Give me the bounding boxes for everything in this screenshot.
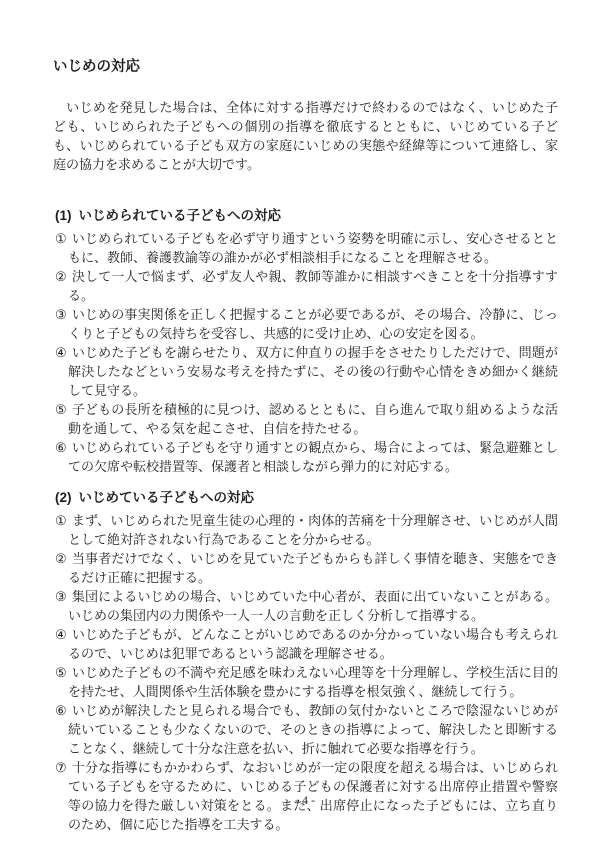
item-marker: ③ [55, 307, 67, 322]
item-marker: ④ [55, 627, 67, 642]
list-item: ①いじめられている子どもを必ず守り通すという姿勢を明確に示し、安心させるとともに… [55, 229, 558, 267]
item-marker: ⑥ [55, 440, 67, 455]
list-item: ②当事者だけでなく、いじめを見ていた子どもからも詳しく事情を聴き、実態をできるだ… [55, 549, 558, 587]
page-number: - 4 - [0, 792, 610, 808]
section-number: (1) [55, 208, 72, 223]
item-text: いじめた子どもの不満や充足感を味わえない心理等を十分理解し、学校生活に目的を持た… [68, 665, 558, 699]
item-marker: ⑤ [55, 402, 67, 417]
section-number: (2) [55, 490, 72, 505]
item-marker: ① [55, 231, 67, 246]
section-heading: (1)いじめられている子どもへの対応 [55, 206, 558, 226]
list-item: ⑥いじめが解決したと見られる場合でも、教師の気付かないところで陰湿ないじめが続い… [55, 701, 558, 758]
list-item: ⑤いじめた子どもの不満や充足感を味わえない心理等を十分理解し、学校生活に目的を持… [55, 663, 558, 701]
item-marker: ⑥ [55, 703, 67, 718]
sections-container: (1)いじめられている子どもへの対応①いじめられている子どもを必ず守り通すという… [53, 206, 558, 834]
section-title: いじめられている子どもへの対応 [79, 208, 282, 223]
item-marker: ⑤ [55, 665, 67, 680]
list-item: ⑤子どもの長所を積極的に見つけ、認めるとともに、自ら進んで取り組めるような活動を… [55, 400, 558, 438]
item-marker: ⑦ [55, 760, 67, 775]
item-text: いじめが解決したと見られる場合でも、教師の気付かないところで陰湿ないじめが続いて… [68, 703, 558, 756]
document-title: いじめの対応 [53, 58, 558, 76]
item-text: いじめの事実関係を正しく把握することが必要であるが、その場合、冷静に、じっくりと… [68, 307, 558, 341]
intro-paragraph: いじめを発見した場合は、全体に対する指導だけで終わるのではなく、いじめた子ども、… [53, 98, 558, 174]
item-marker: ② [55, 551, 67, 566]
section-heading: (2)いじめている子どもへの対応 [55, 488, 558, 508]
item-text: 子どもの長所を積極的に見つけ、認めるとともに、自ら進んで取り組めるような活動を通… [68, 402, 558, 436]
list-item: ④いじめた子どもが、どんなことがいじめであるのか分かっていない場合も考えられるの… [55, 625, 558, 663]
item-text: いじめた子どもを謝らせたり、双方に仲直りの握手をさせたりしただけで、問題が解決し… [68, 345, 558, 398]
item-text: 当事者だけでなく、いじめを見ていた子どもからも詳しく事情を聴き、実態をできるだけ… [68, 551, 558, 585]
document-page: いじめの対応 いじめを発見した場合は、全体に対する指導だけで終わるのではなく、い… [0, 0, 610, 863]
list-item: ⑥いじめられている子どもを守り通すとの観点から、場合によっては、緊急避難としての… [55, 438, 558, 476]
list-item: ④いじめた子どもを謝らせたり、双方に仲直りの握手をさせたりしただけで、問題が解決… [55, 343, 558, 400]
item-marker: ① [55, 513, 67, 528]
section: (2)いじめている子どもへの対応①まず、いじめられた児童生徒の心理的・肉体的苦痛… [53, 488, 558, 834]
item-text: いじめた子どもが、どんなことがいじめであるのか分かっていない場合も考えられるので… [68, 627, 558, 661]
item-text: 集団によるいじめの場合、いじめていた中心者が、表面に出ていないことがある。いじめ… [68, 589, 558, 623]
item-marker: ② [55, 269, 67, 284]
item-text: いじめられている子どもを必ず守り通すという姿勢を明確に示し、安心させるとともに、… [68, 231, 558, 265]
section: (1)いじめられている子どもへの対応①いじめられている子どもを必ず守り通すという… [53, 206, 558, 476]
item-text: いじめられている子どもを守り通すとの観点から、場合によっては、緊急避難としての欠… [68, 440, 558, 474]
item-marker: ③ [55, 589, 67, 604]
item-marker: ④ [55, 345, 67, 360]
list-item: ②決して一人で悩まず、必ず友人や親、教師等誰かに相談すべきことを十分指導すする。 [55, 267, 558, 305]
item-text: まず、いじめられた児童生徒の心理的・肉体的苦痛を十分理解させ、いじめが人間として… [68, 513, 558, 547]
list-item: ③集団によるいじめの場合、いじめていた中心者が、表面に出ていないことがある。いじ… [55, 587, 558, 625]
item-text: 決して一人で悩まず、必ず友人や親、教師等誰かに相談すべきことを十分指導すする。 [68, 269, 558, 303]
list-item: ③いじめの事実関係を正しく把握することが必要であるが、その場合、冷静に、じっくり… [55, 305, 558, 343]
list-item: ①まず、いじめられた児童生徒の心理的・肉体的苦痛を十分理解させ、いじめが人間とし… [55, 511, 558, 549]
section-title: いじめている子どもへの対応 [79, 490, 255, 505]
